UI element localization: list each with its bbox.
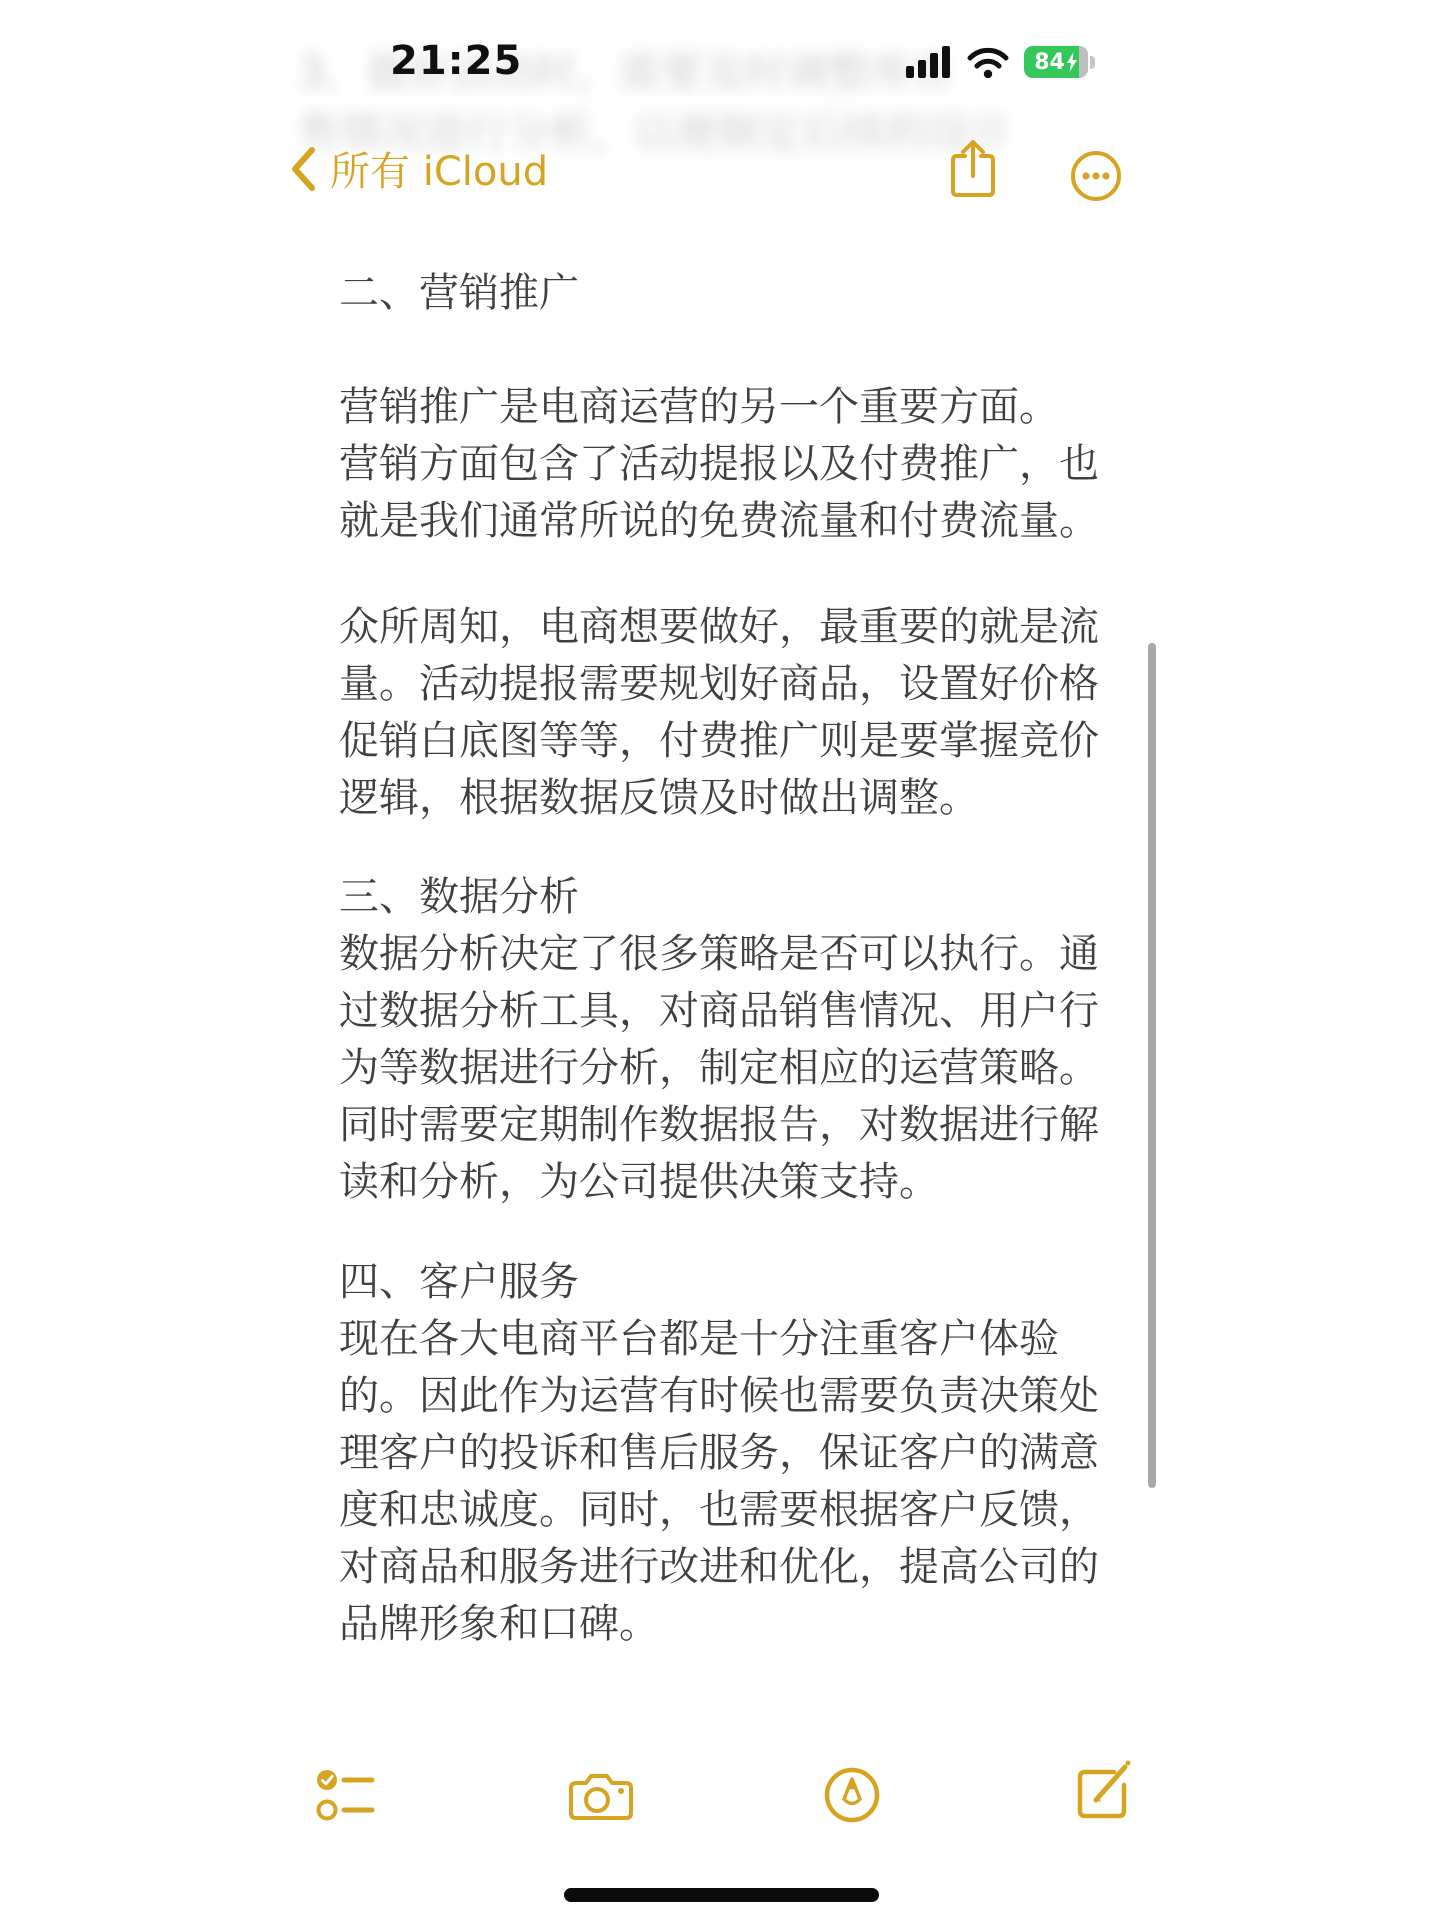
status-time: 21:25	[390, 38, 570, 84]
ellipsis-circle-icon	[1070, 150, 1122, 202]
scrollbar[interactable]	[1148, 643, 1156, 1488]
notes-app-screen: 3、做好活动时，需要及时调整库存 售情况进行分析，以便制定后续的设计 21:25…	[0, 0, 1440, 1920]
note-paragraph[interactable]: 营销推广是电商运营的另一个重要方面。 营销方面包含了活动提报以及付费推广，也 就…	[339, 379, 1129, 550]
chevron-left-icon	[290, 146, 316, 192]
compose-icon	[1074, 1758, 1136, 1822]
back-button-label: 所有 iCloud	[330, 140, 548, 197]
markup-pen-icon	[824, 1767, 880, 1823]
battery-charging-icon: 84	[1024, 46, 1095, 78]
charging-bolt-icon	[1066, 52, 1078, 72]
markup-button[interactable]	[824, 1767, 880, 1823]
cellular-signal-icon	[906, 46, 952, 78]
share-button[interactable]	[948, 138, 998, 200]
back-button[interactable]: 所有 iCloud	[290, 140, 548, 197]
share-icon	[948, 138, 998, 200]
camera-button[interactable]	[568, 1771, 634, 1821]
home-indicator[interactable]	[564, 1888, 879, 1902]
note-paragraph[interactable]: 众所周知，电商想要做好，最重要的就是流 量。活动提报需要规划好商品，设置好价格 …	[339, 599, 1129, 827]
more-button[interactable]	[1070, 150, 1122, 202]
battery-percent: 84	[1034, 50, 1065, 75]
note-section-data-analysis[interactable]: 三、数据分析 数据分析决定了很多策略是否可以执行。通 过数据分析工具，对商品销售…	[339, 869, 1129, 1211]
compose-button[interactable]	[1074, 1758, 1136, 1822]
wifi-icon	[966, 46, 1010, 78]
camera-icon	[568, 1771, 634, 1821]
checklist-icon	[316, 1769, 378, 1821]
note-section-customer-service[interactable]: 四、客户服务 现在各大电商平台都是十分注重客户体验 的。因此作为运营有时候也需要…	[339, 1254, 1129, 1653]
note-heading-marketing[interactable]: 二、营销推广	[339, 265, 1129, 322]
status-icons: 84	[906, 46, 1095, 78]
checklist-button[interactable]	[316, 1769, 378, 1821]
